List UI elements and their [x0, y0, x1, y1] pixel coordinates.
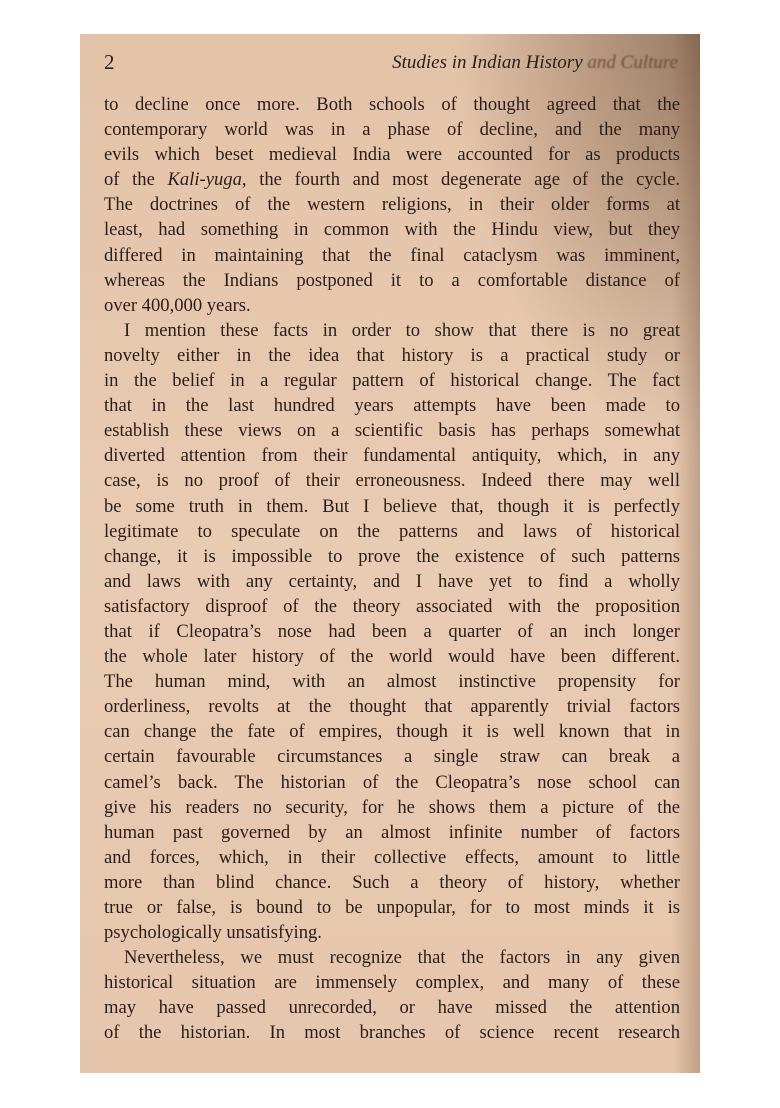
text-line: evils which beset medieval India were ac… — [104, 142, 680, 167]
scanned-book-page: 2 Studies in Indian History and Culture … — [80, 34, 700, 1073]
paragraph-start-line: I mention these facts in order to show t… — [104, 318, 680, 343]
italic-term-kali-yuga: Kali-yuga — [168, 169, 242, 190]
text-line: of the historian. In most branches of sc… — [104, 1020, 680, 1045]
text-fragment: , the fourth and most degenerate age of … — [242, 169, 680, 190]
text-line: certain favourable circumstances a singl… — [104, 744, 680, 769]
text-line: change, it is impossible to prove the ex… — [104, 544, 680, 569]
text-line: differed in maintaining that the final c… — [104, 243, 680, 268]
text-line: can change the fate of empires, though i… — [104, 719, 680, 744]
text-line: and laws with any certainty, and I have … — [104, 569, 680, 594]
text-line: orderliness, revolts at the thought that… — [104, 694, 680, 719]
text-line: that if Cleopatra’s nose had been a quar… — [104, 619, 680, 644]
running-head-title: Studies in Indian History — [392, 52, 587, 73]
paragraph-start-line: Nevertheless, we must recognize that the… — [104, 945, 680, 970]
text-line: satisfactory disproof of the theory asso… — [104, 594, 680, 619]
page-number: 2 — [104, 50, 115, 75]
text-line: legitimate to speculate on the patterns … — [104, 519, 680, 544]
text-line: and forces, which, in their collective e… — [104, 845, 680, 870]
running-head: Studies in Indian History and Culture — [392, 52, 678, 74]
text-line: human past governed by an almost infinit… — [104, 820, 680, 845]
running-head-title-faded: and Culture — [587, 52, 678, 73]
text-line: psychologically unsatisfying. — [104, 920, 680, 945]
text-line: of the Kali-yuga, the fourth and most de… — [104, 167, 680, 192]
text-line: over 400,000 years. — [104, 293, 680, 318]
text-line: establish these views on a scientific ba… — [104, 418, 680, 443]
text-line: be some truth in them. But I believe tha… — [104, 494, 680, 519]
text-line: more than blind chance. Such a theory of… — [104, 870, 680, 895]
page-header: 2 Studies in Indian History and Culture — [104, 50, 678, 80]
text-line: give his readers no security, for he sho… — [104, 795, 680, 820]
text-fragment: of the — [104, 169, 168, 190]
text-line: novelty either in the idea that history … — [104, 343, 680, 368]
text-line: diverted attention from their fundamenta… — [104, 443, 680, 468]
text-line: that in the last hundred years attempts … — [104, 393, 680, 418]
text-line: case, is no proof of their erroneousness… — [104, 468, 680, 493]
text-line: least, had something in common with the … — [104, 217, 680, 242]
text-line: the whole later history of the world wou… — [104, 644, 680, 669]
text-line: to decline once more. Both schools of th… — [104, 92, 680, 117]
text-line: camel’s back. The historian of the Cleop… — [104, 770, 680, 795]
text-line: historical situation are immensely compl… — [104, 970, 680, 995]
body-text: to decline once more. Both schools of th… — [104, 92, 680, 1046]
text-line: true or false, is bound to be unpopular,… — [104, 895, 680, 920]
text-line: whereas the Indians postponed it to a co… — [104, 268, 680, 293]
text-line: in the belief in a regular pattern of hi… — [104, 368, 680, 393]
text-line: contemporary world was in a phase of dec… — [104, 117, 680, 142]
text-line: The human mind, with an almost instincti… — [104, 669, 680, 694]
text-line: The doctrines of the western religions, … — [104, 192, 680, 217]
text-line: may have passed unrecorded, or have miss… — [104, 995, 680, 1020]
